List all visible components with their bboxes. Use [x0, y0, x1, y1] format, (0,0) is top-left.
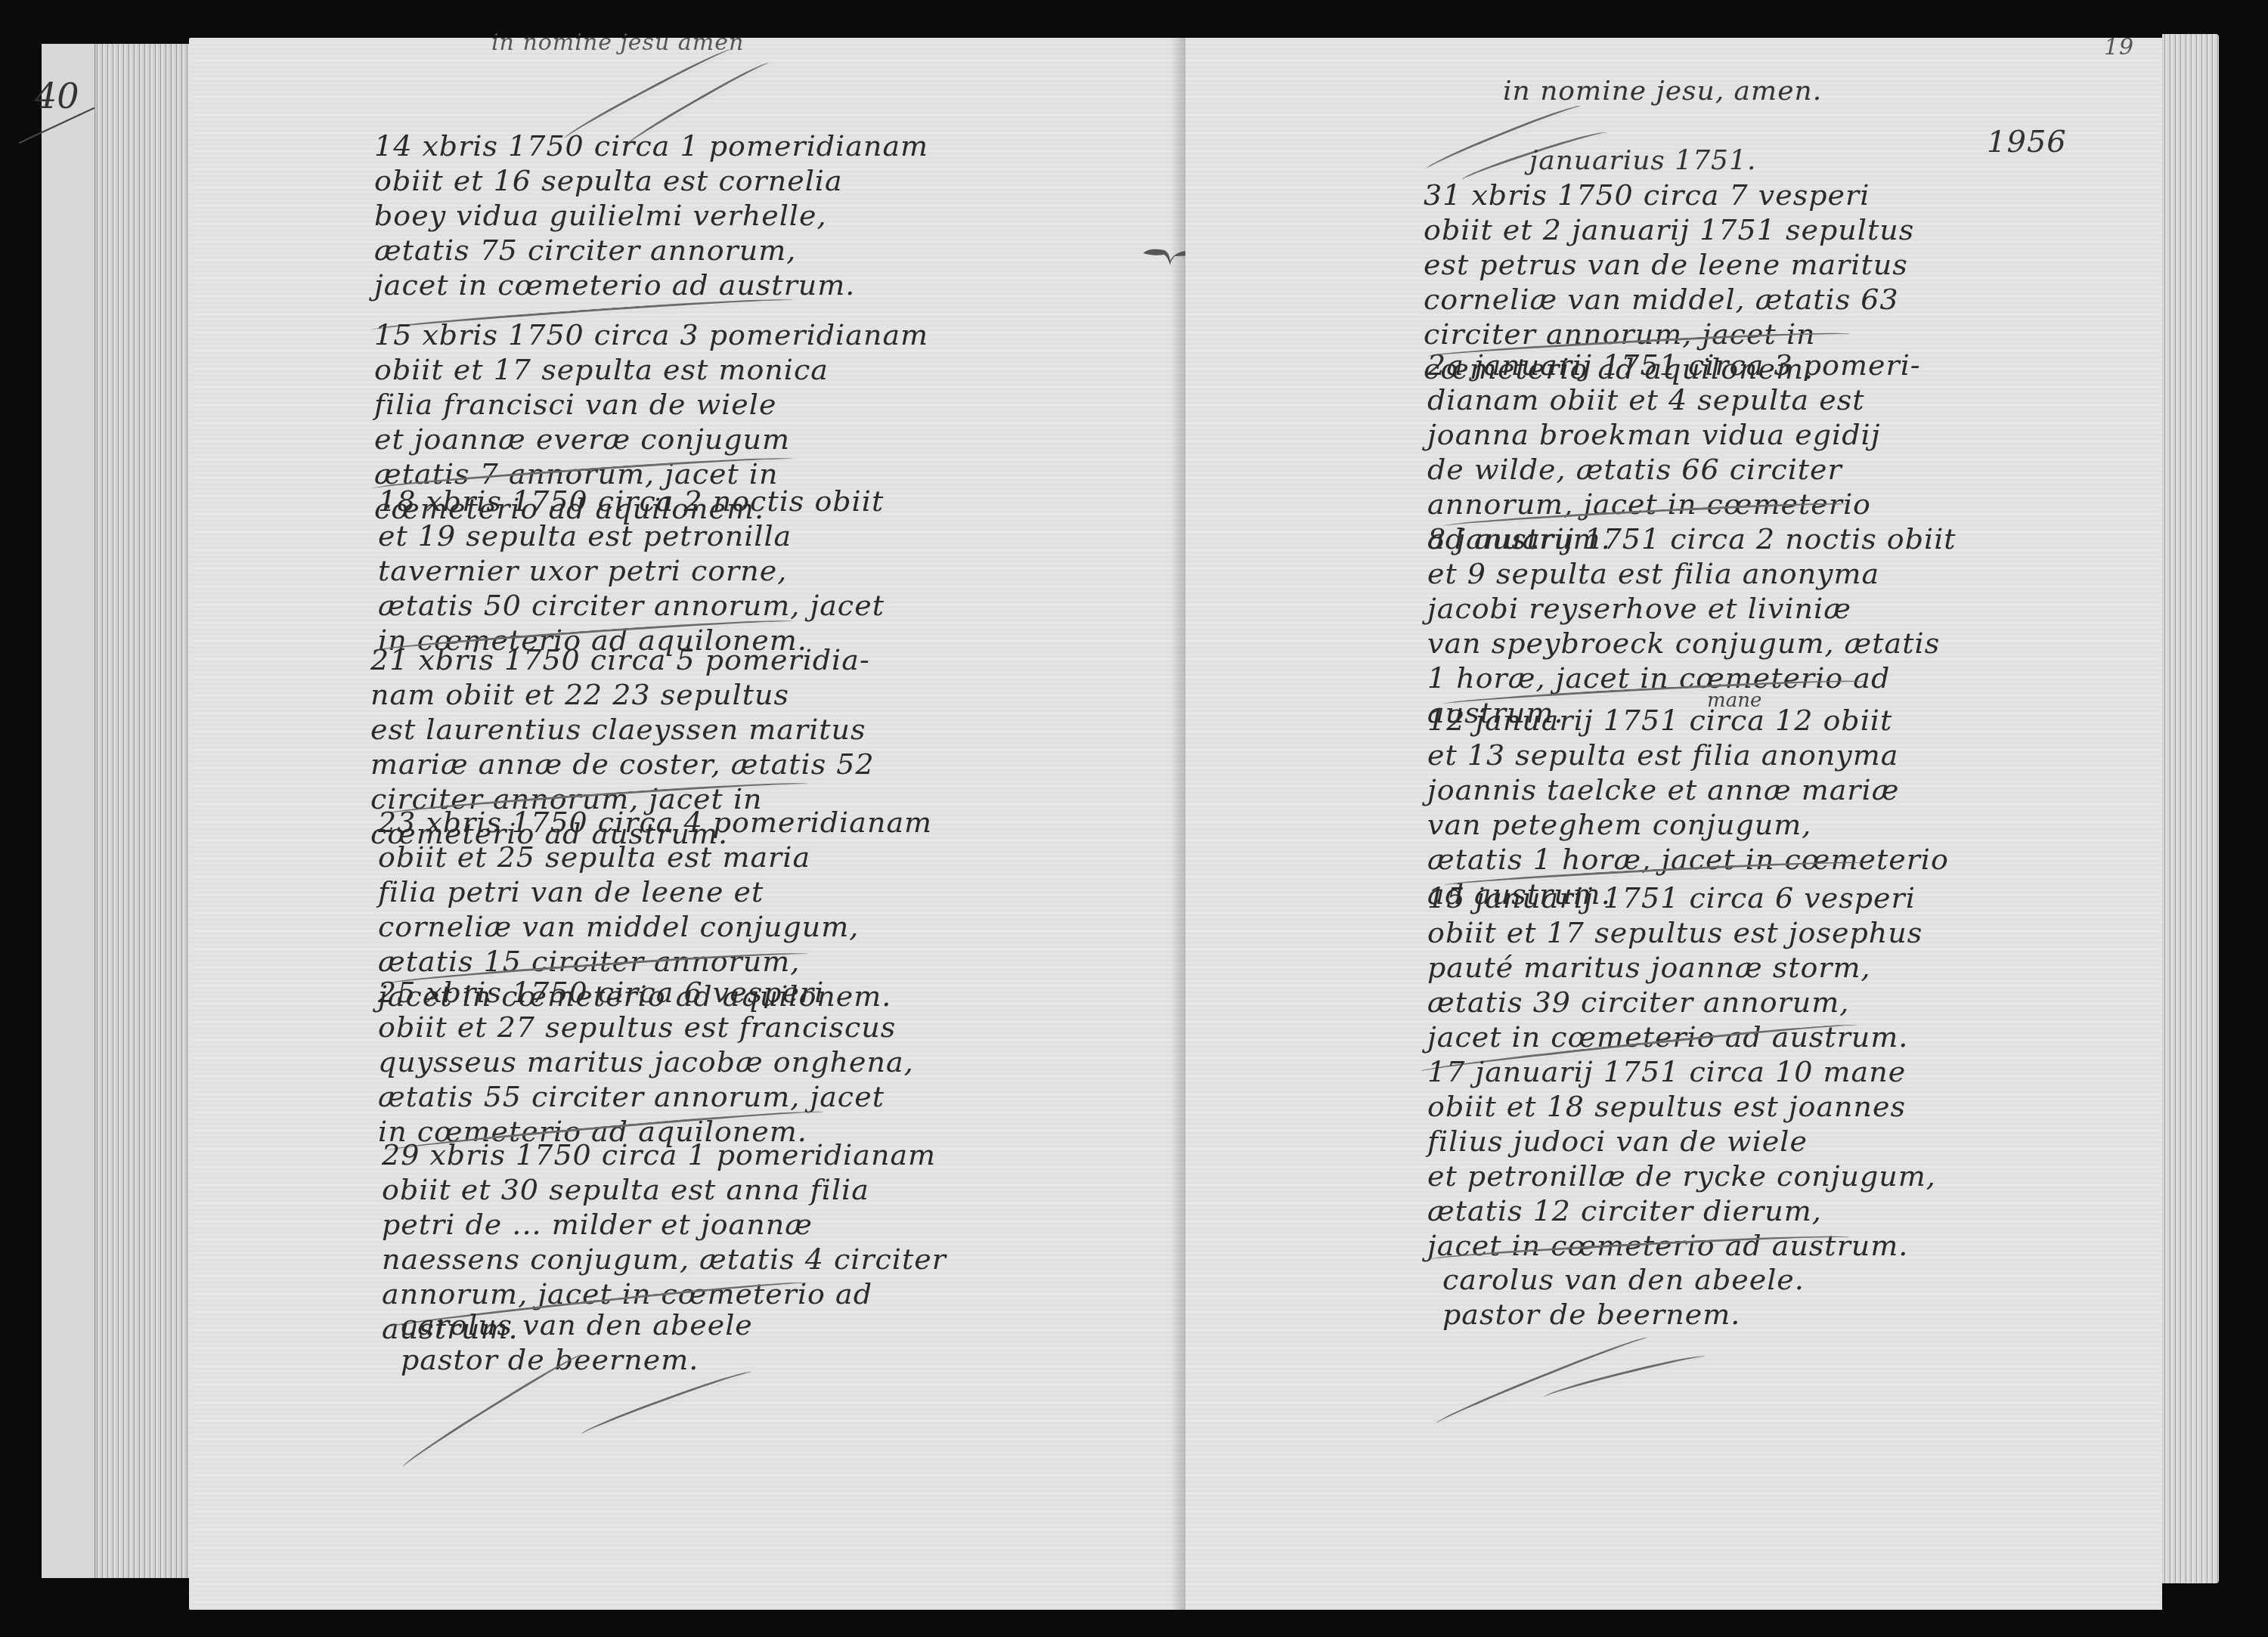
- right-page: in nomine jesu, amen. 1956 19 januarius …: [1185, 38, 2162, 1610]
- page-number: 1956: [1987, 125, 2067, 159]
- closing-flourish: [579, 1367, 751, 1434]
- pastor-signature: carolus van den abeele pastor de beernem…: [401, 1307, 753, 1377]
- left-top-heading-fragment: in nomine jesu amen: [491, 26, 744, 60]
- burial-entry-13: 17 januarij 1751 circa 10 mane obiit et …: [1427, 1054, 2032, 1263]
- left-page-stack-edges: [42, 44, 193, 1578]
- year-heading: januarius 1751.: [1529, 144, 1756, 178]
- burial-entry-12: 15 januarij 1751 circa 6 vesperi obiit e…: [1427, 880, 2032, 1054]
- left-page: in nomine jesu amen 14 xbris 1750 circa …: [189, 38, 1185, 1610]
- burial-entry-3: 18 xbris 1750 circa 2 noctis obiit et 19…: [378, 484, 983, 658]
- invocation-heading: in nomine jesu, amen.: [1503, 74, 1822, 109]
- closing-flourish: [1542, 1351, 1705, 1397]
- burial-entry-1: 14 xbris 1750 circa 1 pomeridianam obiit…: [374, 128, 979, 302]
- pastor-signature: carolus van den abeele. pastor de beerne…: [1442, 1262, 1805, 1332]
- folio-number: 40: [35, 76, 79, 116]
- register-spread: 40 in nomine jesu amen 14 xbris 1750 cir…: [0, 0, 2268, 1637]
- right-page-stack-edges: [2162, 34, 2219, 1583]
- corner-number-fragment: 19: [2104, 30, 2134, 65]
